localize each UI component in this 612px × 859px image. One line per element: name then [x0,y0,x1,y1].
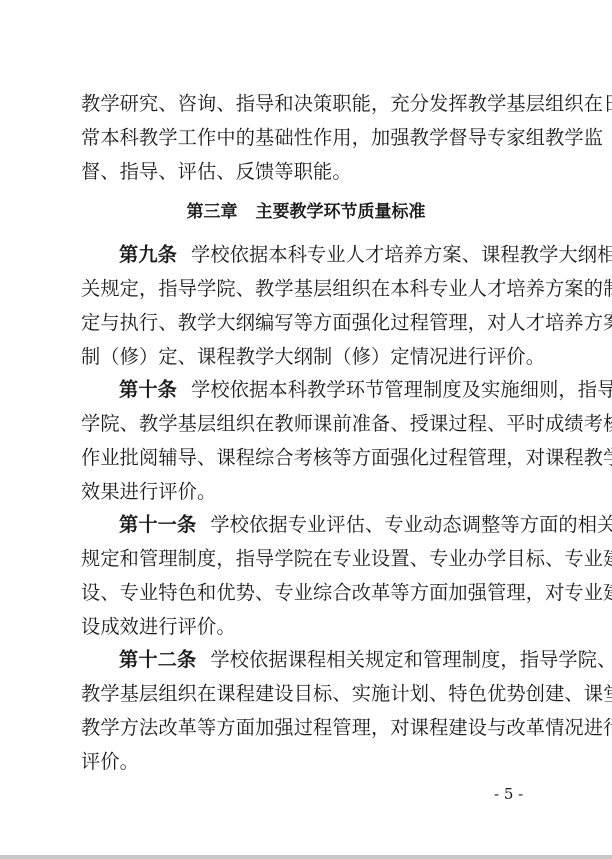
article-9-line: 关规定，指导学院、教学基层组织在本科专业人才培养方案的制 [81,277,539,301]
article-10-line: 效果进行评价。 [81,480,539,504]
article-11-line: 设成效进行评价。 [81,615,539,639]
article-12-line: 评价。 [81,750,539,774]
article-11-line: 设、专业特色和优势、专业综合改革等方面加强管理，对专业建 [81,581,539,605]
article-12-first-line: 第十二条学校依据课程相关规定和管理制度，指导学院、 [119,648,539,672]
chapter-title: 第三章主要教学环节质量标准 [0,200,612,224]
intro-line: 常本科教学工作中的基础性作用，加强教学督导专家组教学监 [81,126,539,150]
article-11-line: 规定和管理制度，指导学院在专业设置、专业办学目标、专业建 [81,547,539,571]
page-number: - 5 - [494,784,523,804]
chapter-number: 第三章 [187,202,238,222]
article-9-line: 定与执行、教学大纲编写等方面强化过程管理，对人才培养方案 [81,311,539,335]
article-label: 第九条 [119,243,177,266]
article-10-line: 作业批阅辅导、课程综合考核等方面强化过程管理，对课程教学 [81,446,539,470]
intro-line: 督、指导、评估、反馈等职能。 [81,160,539,184]
intro-line: 教学研究、咨询、指导和决策职能，充分发挥教学基层组织在日 [81,92,539,116]
article-11-first-line: 第十一条学校依据专业评估、专业动态调整等方面的相关 [119,513,539,537]
article-label: 第十一条 [119,513,196,536]
article-12-line: 教学基层组织在课程建设目标、实施计划、特色优势创建、课堂 [81,682,539,706]
chapter-name: 主要教学环节质量标准 [256,202,426,222]
article-label: 第十二条 [119,648,196,671]
document-page: 教学研究、咨询、指导和决策职能，充分发挥教学基层组织在日 常本科教学工作中的基础… [0,0,612,855]
article-label: 第十条 [119,378,177,401]
page-bottom-edge [0,855,612,859]
article-9-line: 制（修）定、课程教学大纲制（修）定情况进行评价。 [81,345,539,369]
article-9-first-line: 第九条学校依据本科专业人才培养方案、课程教学大纲相 [119,243,539,267]
article-12-line: 教学方法改革等方面加强过程管理，对课程建设与改革情况进行 [81,716,539,740]
article-10-first-line: 第十条学校依据本科教学环节管理制度及实施细则，指导 [119,378,539,402]
article-10-line: 学院、教学基层组织在教师课前准备、授课过程、平时成绩考核、 [81,412,539,436]
